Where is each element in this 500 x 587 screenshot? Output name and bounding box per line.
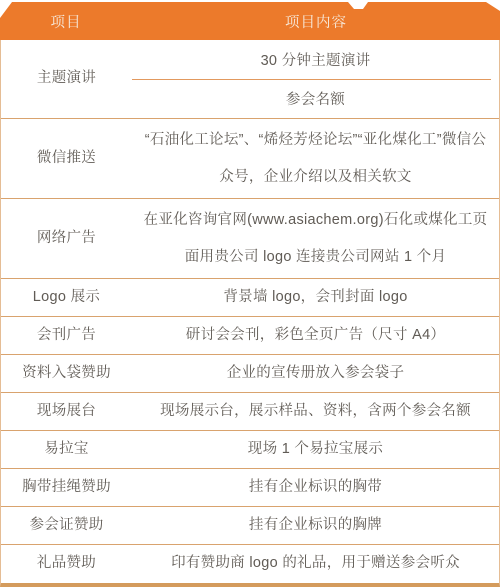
column-header-content: 项目内容 xyxy=(132,0,500,40)
row-item-label: 会刊广告 xyxy=(1,317,132,354)
row-item-label: 胸带挂绳赞助 xyxy=(1,469,132,506)
table-row: 礼品赞助 印有赞助商 logo 的礼品，用于赠送参会听众 xyxy=(1,545,499,583)
table-row: 微信推送 “石油化工论坛”、“烯烃芳烃论坛”“亚化煤化工”微信公众号，企业介绍以… xyxy=(1,119,499,199)
table-row: 胸带挂绳赞助 挂有企业标识的胸带 xyxy=(1,469,499,507)
row-item-label: 易拉宝 xyxy=(1,431,132,468)
row-content: 现场 1 个易拉宝展示 xyxy=(132,431,499,468)
row-content: 背景墙 logo，会刊封面 logo xyxy=(132,279,499,316)
table-header-row: 项目 项目内容 xyxy=(0,0,500,40)
sponsorship-benefits-table-page: 项目 项目内容 主题演讲 30 分钟主题演讲 参会名额 微信推送 “石油化工论坛… xyxy=(0,0,500,587)
row-content: 企业的宣传册放入参会袋子 xyxy=(132,355,499,392)
row-item-label: 主题演讲 xyxy=(1,40,132,118)
row-content: 研讨会会刊，彩色全页广告（尺寸 A4） xyxy=(132,317,499,354)
row-item-label: 网络广告 xyxy=(1,199,132,278)
row-content: “石油化工论坛”、“烯烃芳烃论坛”“亚化煤化工”微信公众号，企业介绍以及相关软文 xyxy=(132,119,499,198)
row-content: 挂有企业标识的胸带 xyxy=(132,469,499,506)
column-header-item: 项目 xyxy=(0,0,132,40)
row-content-line: 参会名额 xyxy=(132,80,499,119)
table-row: 参会证赞助 挂有企业标识的胸牌 xyxy=(1,507,499,545)
row-content-line: 30 分钟主题演讲 xyxy=(132,40,491,80)
table-row: 主题演讲 30 分钟主题演讲 参会名额 xyxy=(1,40,499,119)
row-item-label: 资料入袋赞助 xyxy=(1,355,132,392)
row-content: 现场展示台，展示样品、资料，含两个参会名额 xyxy=(132,393,499,430)
table-row: 会刊广告 研讨会会刊，彩色全页广告（尺寸 A4） xyxy=(1,317,499,355)
row-content: 挂有企业标识的胸牌 xyxy=(132,507,499,544)
row-content-group: 30 分钟主题演讲 参会名额 xyxy=(132,40,499,118)
row-item-label: 微信推送 xyxy=(1,119,132,198)
table-row: Logo 展示 背景墙 logo，会刊封面 logo xyxy=(1,279,499,317)
row-item-label: Logo 展示 xyxy=(1,279,132,316)
table-row: 现场展台 现场展示台，展示样品、资料，含两个参会名额 xyxy=(1,393,499,431)
row-item-label: 礼品赞助 xyxy=(1,545,132,583)
row-item-label: 参会证赞助 xyxy=(1,507,132,544)
row-item-label: 现场展台 xyxy=(1,393,132,430)
table-row: 资料入袋赞助 企业的宣传册放入参会袋子 xyxy=(1,355,499,393)
table-row: 网络广告 在亚化咨询官网(www.asiachem.org)石化或煤化工页面用贵… xyxy=(1,199,499,279)
table-row: 易拉宝 现场 1 个易拉宝展示 xyxy=(1,431,499,469)
row-content: 印有赞助商 logo 的礼品，用于赠送参会听众 xyxy=(132,545,499,583)
table-body: 主题演讲 30 分钟主题演讲 参会名额 微信推送 “石油化工论坛”、“烯烃芳烃论… xyxy=(0,40,500,587)
row-content: 在亚化咨询官网(www.asiachem.org)石化或煤化工页面用贵公司 lo… xyxy=(132,199,499,278)
